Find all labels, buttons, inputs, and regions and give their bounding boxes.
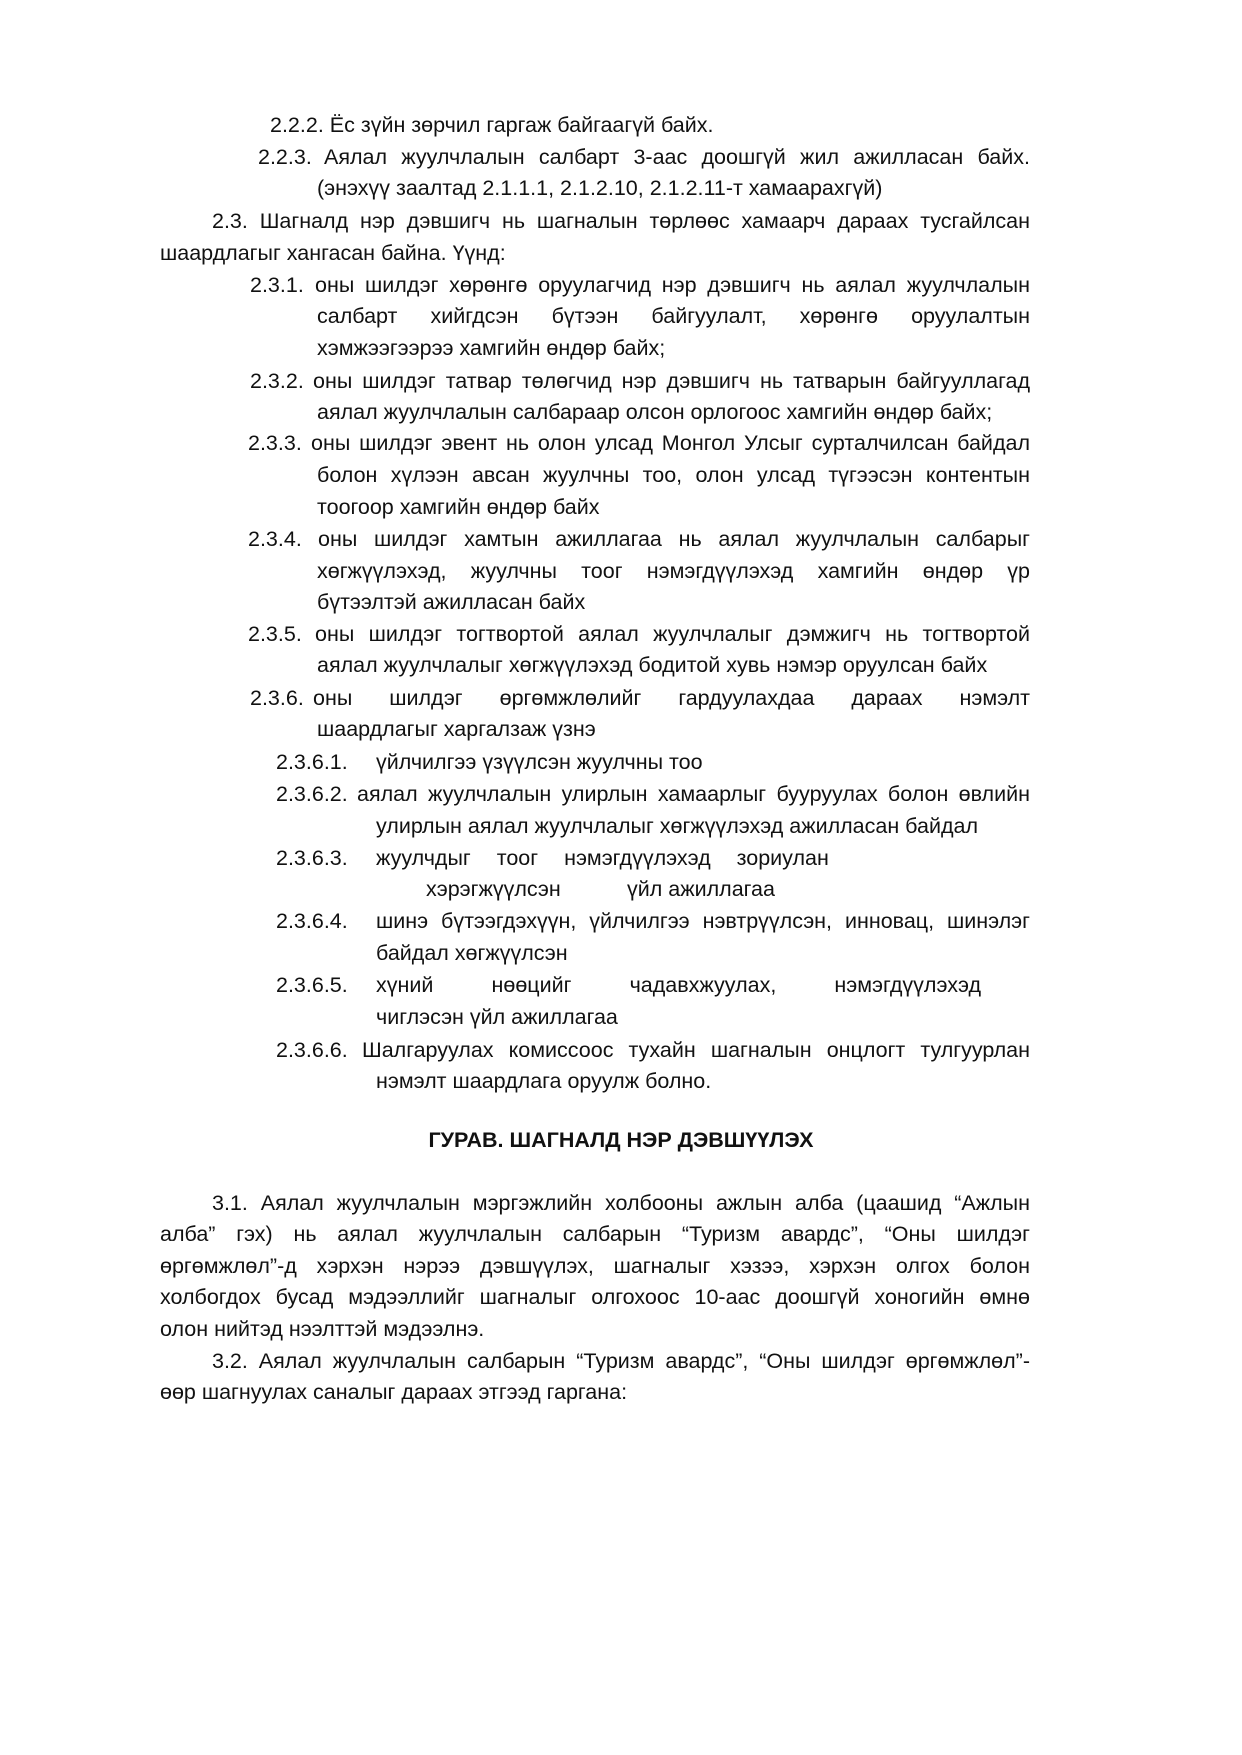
clause-3-1-line3: өргөмжлөл”-д хэрхэн нэрээ дэвшүүлэх, шаг… bbox=[160, 1253, 1030, 1279]
clause-2-3-4-line1: оны шилдэг хамтын ажиллагаа нь аялал жуу… bbox=[318, 526, 1030, 552]
clause-2-3-3-line2: болон хүлээн авсан жуулчны тоо, олон улс… bbox=[317, 462, 1030, 488]
clause-2-3-6-4-number: 2.3.6.4. bbox=[276, 908, 348, 934]
clause-2-3-6-line2: шаардлагыг харгалзаж үзнэ bbox=[317, 716, 596, 742]
clause-3-1-line2: алба” гэх) нь аялал жуулчлалын салбарын … bbox=[160, 1221, 1030, 1247]
clause-2-3-6-2-line2: улирлын аялал жуулчлалыг хөгжүүлэхэд ажи… bbox=[376, 813, 978, 839]
clause-3-1-line4: холбогдох бусад мэдээллийг шагналыг олго… bbox=[160, 1284, 1030, 1310]
clause-2-3-line1: 2.3. Шагналд нэр дэвшигч нь шагналын төр… bbox=[212, 208, 1030, 234]
clause-2-3-5-line2: аялал жуулчлалыг хөгжүүлэхэд бодитой хув… bbox=[317, 652, 987, 678]
clause-2-2-2: 2.2.2. Ёс зүйн зөрчил гаргаж байгаагүй б… bbox=[270, 112, 713, 138]
clause-3-1-line5: олон нийтэд нээлттэй мэдээлнэ. bbox=[160, 1316, 484, 1342]
clause-2-3-5-number: 2.3.5. bbox=[248, 621, 302, 647]
clause-2-3-line2: шаардлагыг хангасан байна. Үүнд: bbox=[160, 240, 506, 266]
clause-2-2-3-number: 2.2.3. bbox=[258, 144, 312, 170]
clause-2-3-6-line1: оны шилдэг өргөмжлөлийг гардуулахдаа дар… bbox=[313, 685, 1030, 711]
clause-2-3-4-number: 2.3.4. bbox=[248, 526, 302, 552]
clause-3-2-line2: өөр шагнуулах саналыг дараах этгээд гарг… bbox=[160, 1379, 627, 1405]
clause-2-3-6-3-number: 2.3.6.3. bbox=[276, 845, 348, 871]
clause-2-3-2-line2: аялал жуулчлалын салбараар олсон орлогоо… bbox=[317, 399, 992, 425]
clause-2-3-3-number: 2.3.3. bbox=[248, 430, 302, 456]
clause-2-3-6-2-number: 2.3.6.2. bbox=[276, 781, 348, 807]
clause-3-2-line1: 3.2. Аялал жуулчлалын салбарын “Туризм а… bbox=[212, 1348, 1030, 1374]
clause-2-3-6-1-number: 2.3.6.1. bbox=[276, 749, 348, 775]
clause-2-3-1-line3: хэмжээгээрээ хамгийн өндөр байх; bbox=[317, 335, 665, 361]
document-page: 2.2.2. Ёс зүйн зөрчил гаргаж байгаагүй б… bbox=[0, 0, 1242, 1755]
clause-2-3-3-line1: оны шилдэг эвент нь олон улсад Монгол Ул… bbox=[311, 430, 1030, 456]
clause-2-3-2-number: 2.3.2. bbox=[250, 368, 304, 394]
clause-2-3-6-4-line1: шинэ бүтээгдэхүүн, үйлчилгээ нэвтрүүлсэн… bbox=[376, 908, 1030, 934]
clause-2-3-6-6-number: 2.3.6.6. bbox=[276, 1037, 348, 1063]
clause-2-3-6-4-line2: байдал хөгжүүлсэн bbox=[376, 940, 568, 966]
clause-2-3-6-number: 2.3.6. bbox=[250, 685, 304, 711]
clause-2-3-1-line2: салбарт хийгдсэн бүтээн байгуулалт, хөрө… bbox=[317, 303, 1030, 329]
clause-2-2-3-line2: (энэхүү заалтад 2.1.1.1, 2.1.2.10, 2.1.2… bbox=[317, 175, 882, 201]
clause-2-3-5-line1: оны шилдэг тогтвортой аялал жуулчлалыг д… bbox=[315, 621, 1030, 647]
clause-2-3-6-3-line2-part2: үйл ажиллагаа bbox=[627, 876, 775, 902]
clause-3-1-line1: 3.1. Аялал жуулчлалын мэргэжлийн холбоон… bbox=[212, 1190, 1030, 1216]
clause-2-3-6-3-line1: жуулчдыг тоог нэмэгдүүлэхэд зориулан bbox=[376, 845, 829, 871]
clause-2-3-4-line3: бүтээлтэй ажилласан байх bbox=[317, 589, 585, 615]
clause-2-3-1-line1: оны шилдэг хөрөнгө оруулагчид нэр дэвшиг… bbox=[315, 272, 1030, 298]
clause-2-3-6-5-number: 2.3.6.5. bbox=[276, 972, 348, 998]
clause-2-2-3-line1: Аялал жуулчлалын салбарт 3-аас доошгүй ж… bbox=[324, 144, 1030, 170]
clause-2-3-6-3-line2-part1: хэрэгжүүлсэн bbox=[426, 876, 561, 902]
clause-2-3-6-2-line1: аялал жуулчлалын улирлын хамаарлыг бууру… bbox=[357, 781, 1030, 807]
clause-2-3-6-1-line1: үйлчилгээ үзүүлсэн жуулчны тоо bbox=[376, 749, 703, 775]
clause-2-3-2-line1: оны шилдэг татвар төлөгчид нэр дэвшигч н… bbox=[313, 368, 1030, 394]
clause-2-3-1-number: 2.3.1. bbox=[250, 272, 304, 298]
clause-2-3-6-5-line2: чиглэсэн үйл ажиллагаа bbox=[376, 1004, 618, 1030]
clause-2-3-4-line2: хөгжүүлэхэд, жуулчны тоог нэмэгдүүлэхэд … bbox=[317, 558, 1030, 584]
clause-2-3-6-6-line1: Шалгаруулах комиссоос тухайн шагналын он… bbox=[362, 1037, 1030, 1063]
clause-2-3-6-5-line1: хүний нөөцийг чадавхжуулах, нэмэгдүүлэхэ… bbox=[376, 972, 981, 998]
clause-2-3-6-6-line2: нэмэлт шаардлага оруулж болно. bbox=[376, 1068, 711, 1094]
clause-2-3-3-line3: тоогоор хамгийн өндөр байх bbox=[317, 494, 600, 520]
section-heading-three: ГУРАВ. ШАГНАЛД НЭР ДЭВШҮҮЛЭХ bbox=[0, 1127, 1242, 1153]
